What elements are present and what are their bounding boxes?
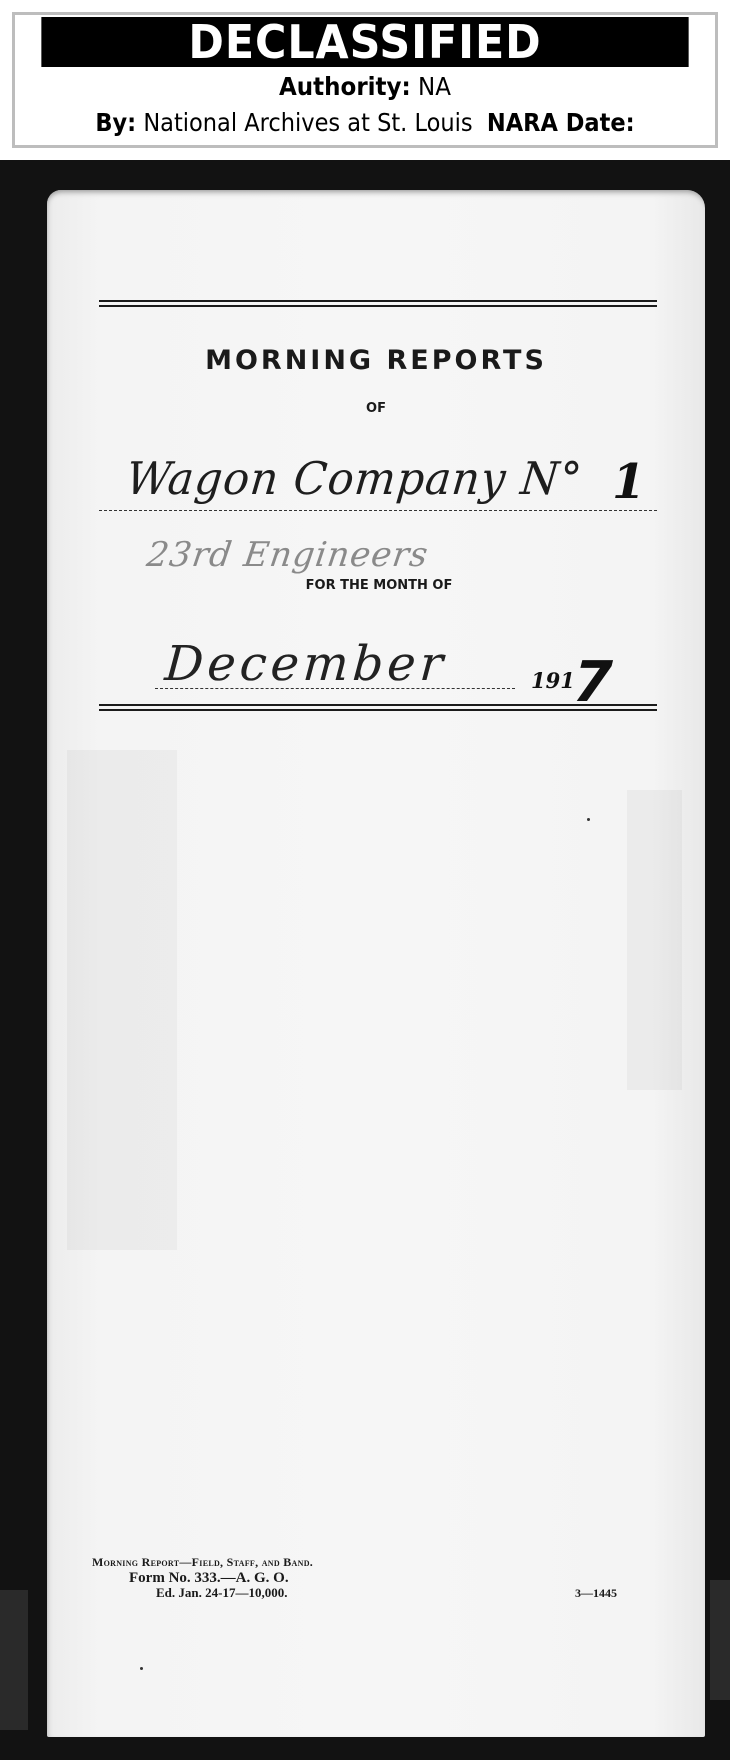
year-printed-prefix: 191: [531, 668, 575, 693]
imprint-form-title: Morning Report—Field, Staff, and Band.: [92, 1555, 313, 1570]
bleed-through-mark: [67, 750, 177, 1250]
paper-speck: [140, 1667, 143, 1670]
authority-line: Authority: NA: [43, 71, 687, 103]
unit-handwritten: Wagon Company N°: [124, 452, 585, 505]
document-title: MORNING REPORTS: [47, 345, 705, 376]
top-double-rule: [99, 300, 657, 307]
authority-value: NA: [418, 72, 451, 101]
imprint-edition: Ed. Jan. 24-17—10,000.: [92, 1586, 313, 1600]
unit-number-handwritten: 1: [612, 454, 645, 510]
by-value: National Archives at St. Louis: [143, 108, 472, 137]
of-label: OF: [47, 401, 705, 416]
bottom-double-rule: [99, 704, 657, 711]
unit-dotted-line: [99, 510, 657, 511]
nara-date-label: NARA Date:: [487, 108, 635, 137]
by-line: By: National Archives at St. Louis NARA …: [50, 107, 680, 139]
paper-speck: [587, 818, 590, 821]
document-page: MORNING REPORTS OF Wagon Company N° 1 23…: [47, 190, 705, 1737]
imprint-form-number: Form No. 333.—A. G. O.: [92, 1570, 313, 1586]
declassified-banner: DECLASSIFIED: [41, 17, 688, 67]
month-label: FOR THE MONTH OF: [47, 578, 705, 593]
bleed-through-mark: [627, 790, 682, 1090]
authority-label: Authority:: [279, 72, 411, 101]
form-imprint: Morning Report—Field, Staff, and Band. F…: [92, 1555, 313, 1600]
regiment-pencil-note: 23rd Engineers: [144, 535, 431, 575]
by-label: By:: [95, 108, 136, 137]
month-handwritten: December: [163, 636, 449, 692]
imprint-code: 3—1445: [575, 1586, 617, 1601]
declassification-stamp: DECLASSIFIED Authority: NA By: National …: [12, 12, 718, 148]
